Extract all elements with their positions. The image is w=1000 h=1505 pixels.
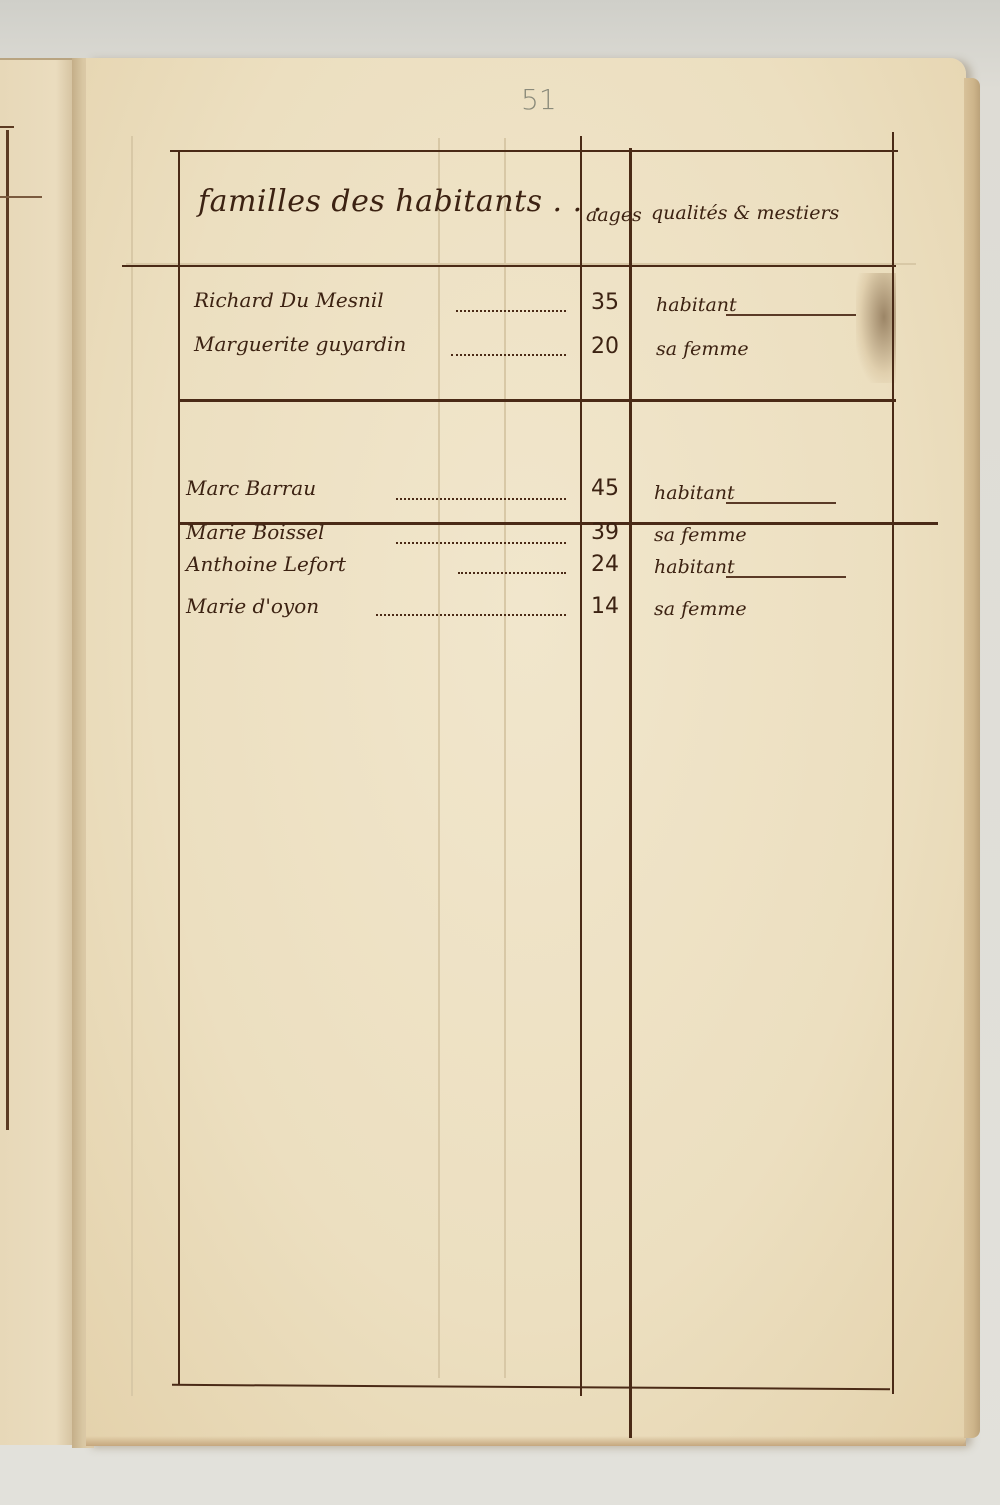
dotted-leader bbox=[458, 572, 566, 574]
person-quality: sa femme bbox=[656, 338, 749, 360]
column-divider-ages bbox=[580, 136, 582, 1396]
table-border-bottom bbox=[172, 1384, 890, 1390]
guide-line bbox=[131, 136, 133, 1396]
page-stain bbox=[86, 1436, 966, 1446]
ruled-line bbox=[0, 196, 42, 198]
table-border-top bbox=[170, 150, 898, 152]
ink-stain bbox=[856, 273, 896, 383]
person-quality: sa femme bbox=[654, 598, 747, 620]
ruled-line bbox=[6, 130, 9, 1130]
person-quality: habitant bbox=[656, 294, 737, 316]
person-age: 39 bbox=[591, 520, 619, 545]
guide-line bbox=[438, 138, 440, 1378]
person-quality: habitant bbox=[654, 556, 735, 578]
person-name: Anthoine Lefort bbox=[186, 552, 346, 576]
header-families: familles des habitants . . . bbox=[198, 184, 603, 219]
page-number: 51 bbox=[521, 83, 557, 116]
table-border-right bbox=[892, 132, 894, 1394]
dotted-leader bbox=[396, 498, 566, 500]
ruled-line bbox=[0, 126, 14, 128]
previous-page-edge bbox=[0, 58, 80, 1445]
person-quality: habitant bbox=[654, 482, 735, 504]
family-separator bbox=[178, 399, 896, 402]
person-name: Marguerite guyardin bbox=[194, 332, 406, 356]
table-border-left bbox=[178, 150, 180, 1385]
column-divider-qualities bbox=[629, 148, 632, 1438]
person-age: 35 bbox=[591, 290, 619, 315]
header-separator bbox=[122, 265, 896, 267]
manuscript-page: 51 familles des habitants . . . aages qu… bbox=[86, 58, 966, 1446]
person-name: Richard Du Mesnil bbox=[194, 288, 384, 312]
dotted-leader bbox=[376, 614, 566, 616]
person-name: Marc Barrau bbox=[186, 476, 316, 500]
dotted-leader bbox=[451, 354, 566, 356]
guide-line bbox=[504, 138, 506, 1378]
header-ages: aages bbox=[586, 204, 642, 226]
header-qualities: qualités & mestiers bbox=[651, 202, 839, 224]
quality-line bbox=[726, 314, 856, 316]
quality-line bbox=[726, 576, 846, 578]
person-age: 24 bbox=[591, 552, 619, 577]
person-name: Marie Boissel bbox=[186, 520, 324, 544]
page-edge bbox=[964, 78, 980, 1438]
person-age: 45 bbox=[591, 476, 619, 501]
person-name: Marie d'oyon bbox=[186, 594, 319, 618]
dotted-leader bbox=[396, 542, 566, 544]
person-quality: sa femme bbox=[654, 524, 747, 546]
dotted-leader bbox=[456, 310, 566, 312]
person-age: 20 bbox=[591, 334, 619, 359]
quality-line bbox=[726, 502, 836, 504]
person-age: 14 bbox=[591, 594, 619, 619]
